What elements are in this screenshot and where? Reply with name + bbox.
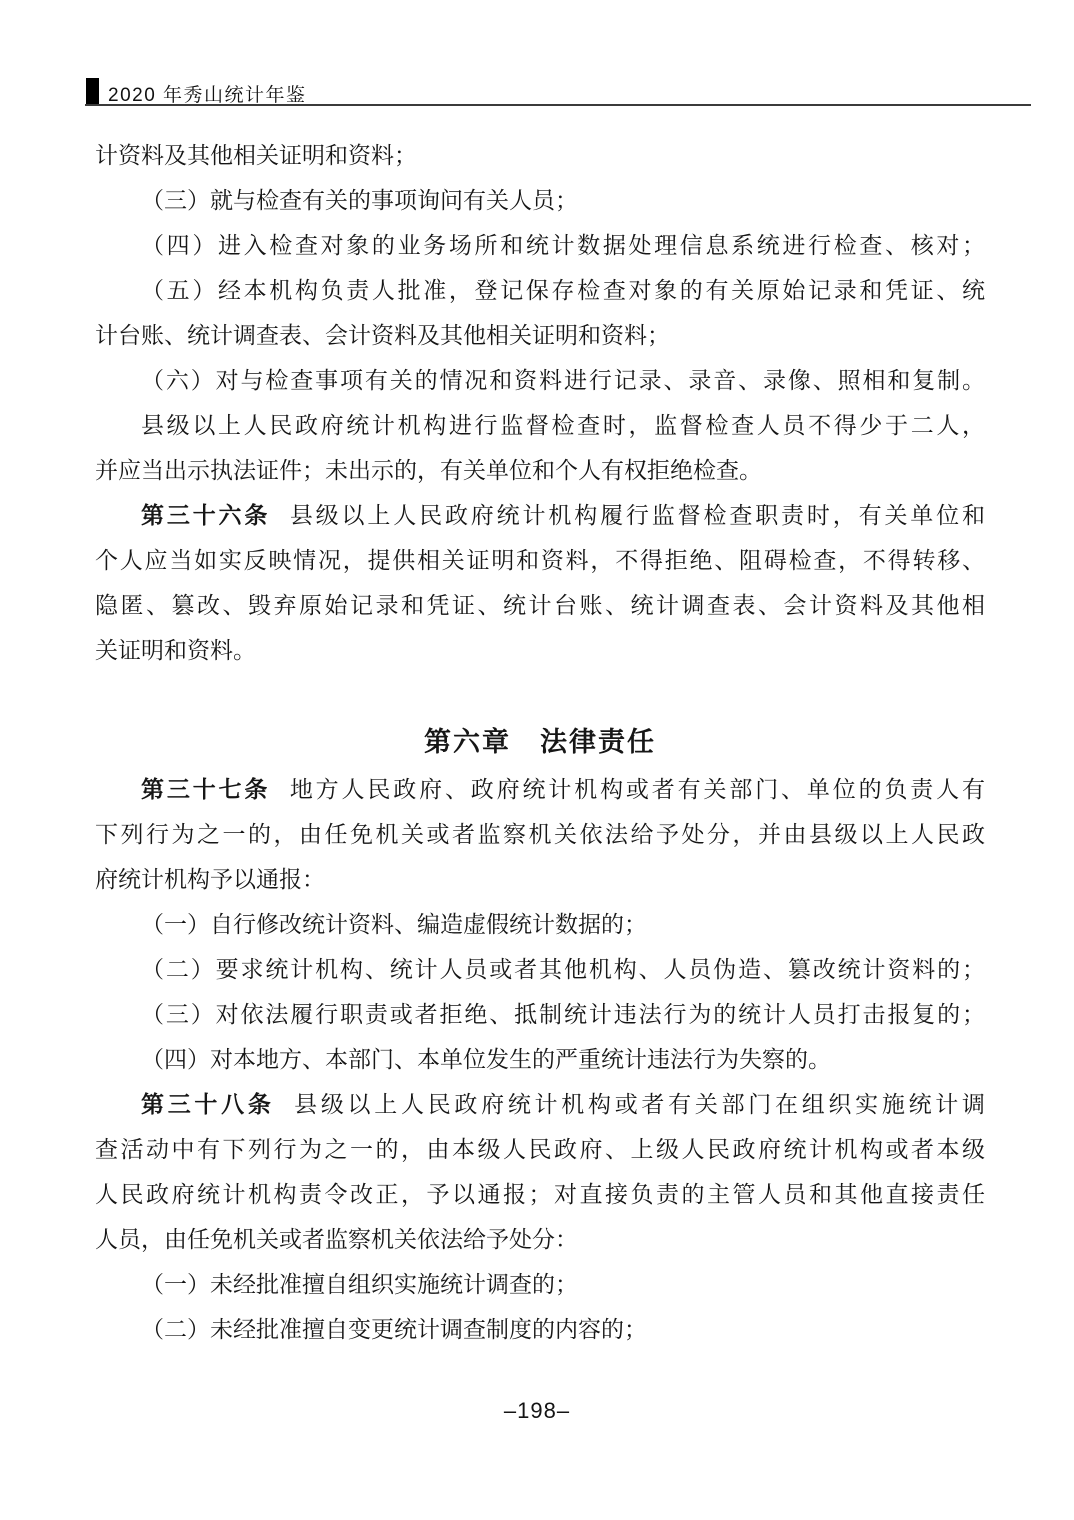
line-text: 查活动中有下列行为之一的，由本级人民政府、上级人民政府统计机构或者本级 bbox=[95, 1137, 985, 1162]
list-item: （五）经本机构负责人批准，登记保存检查对象的有关原始记录和凭证、统 bbox=[95, 268, 985, 313]
yearbook-page: 2020 年秀山统计年鉴 计资料及其他相关证明和资料； （三）就与检查有关的事项… bbox=[0, 0, 1074, 1520]
line-text: 个人应当如实反映情况，提供相关证明和资料，不得拒绝、阻碍检查，不得转移、 bbox=[95, 548, 985, 573]
line-text: （三）对依法履行职责或者拒绝、抵制统计违法行为的统计人员打击报复的； bbox=[141, 1002, 985, 1027]
chapter-heading: 第六章 法律责任 bbox=[95, 717, 985, 767]
text-line: 县级以上人民政府统计机构进行监督检查时，监督检查人员不得少于二人， bbox=[95, 403, 985, 448]
text-line: 人员，由任免机关或者监察机关依法给予处分： bbox=[95, 1217, 985, 1262]
text-line: 计资料及其他相关证明和资料； bbox=[95, 133, 985, 178]
article-number: 第三十八条 bbox=[141, 1092, 275, 1117]
line-text: （一）未经批准擅自组织实施统计调查的； bbox=[141, 1272, 578, 1297]
line-text: 县级以上人民政府统计机构履行监督检查职责时，有关单位和 bbox=[290, 503, 985, 528]
header-rule bbox=[85, 104, 1031, 106]
text-line: 查活动中有下列行为之一的，由本级人民政府、上级人民政府统计机构或者本级 bbox=[95, 1127, 985, 1172]
page-body: 计资料及其他相关证明和资料； （三）就与检查有关的事项询问有关人员； （四）进入… bbox=[95, 133, 985, 1352]
line-text: （三）就与检查有关的事项询问有关人员； bbox=[141, 188, 578, 213]
list-item: （三）对依法履行职责或者拒绝、抵制统计违法行为的统计人员打击报复的； bbox=[95, 992, 985, 1037]
list-item: （一）自行修改统计资料、编造虚假统计数据的； bbox=[95, 902, 985, 947]
line-text: 人民政府统计机构责令改正，予以通报；对直接负责的主管人员和其他直接责任 bbox=[95, 1182, 985, 1207]
line-text: （四）进入检查对象的业务场所和统计数据处理信息系统进行检查、核对； bbox=[141, 233, 985, 258]
article-line: 第三十八条县级以上人民政府统计机构或者有关部门在组织实施统计调 bbox=[95, 1082, 985, 1127]
line-text: 地方人民政府、政府统计机构或者有关部门、单位的负责人有 bbox=[290, 777, 985, 802]
line-text: 人员，由任免机关或者监察机关依法给予处分： bbox=[95, 1227, 578, 1252]
line-text: 计台账、统计调查表、会计资料及其他相关证明和资料； bbox=[95, 323, 670, 348]
list-item: （二）要求统计机构、统计人员或者其他机构、人员伪造、篡改统计资料的； bbox=[95, 947, 985, 992]
list-item: （四）进入检查对象的业务场所和统计数据处理信息系统进行检查、核对； bbox=[95, 223, 985, 268]
line-text: 县级以上人民政府统计机构或者有关部门在组织实施统计调 bbox=[294, 1092, 985, 1117]
text-line: 计台账、统计调查表、会计资料及其他相关证明和资料； bbox=[95, 313, 985, 358]
line-text: （一）自行修改统计资料、编造虚假统计数据的； bbox=[141, 912, 647, 937]
page-number: –198– bbox=[0, 1396, 1074, 1426]
text-line: 关证明和资料。 bbox=[95, 628, 985, 673]
line-text: 府统计机构予以通报： bbox=[95, 867, 325, 892]
article-line: 第三十七条地方人民政府、政府统计机构或者有关部门、单位的负责人有 bbox=[95, 767, 985, 812]
header-block-icon bbox=[86, 78, 99, 106]
line-text: 计资料及其他相关证明和资料； bbox=[95, 143, 417, 168]
list-item: （四）对本地方、本部门、本单位发生的严重统计违法行为失察的。 bbox=[95, 1037, 985, 1082]
line-text: （二）要求统计机构、统计人员或者其他机构、人员伪造、篡改统计资料的； bbox=[141, 957, 985, 982]
line-text: 县级以上人民政府统计机构进行监督检查时，监督检查人员不得少于二人， bbox=[141, 413, 985, 438]
text-line: 隐匿、篡改、毁弃原始记录和凭证、统计台账、统计调查表、会计资料及其他相 bbox=[95, 583, 985, 628]
list-item: （二）未经批准擅自变更统计调查制度的内容的； bbox=[95, 1307, 985, 1352]
line-text: 关证明和资料。 bbox=[95, 638, 256, 663]
text-line: 人民政府统计机构责令改正，予以通报；对直接负责的主管人员和其他直接责任 bbox=[95, 1172, 985, 1217]
line-text: （六）对与检查事项有关的情况和资料进行记录、录音、录像、照相和复制。 bbox=[141, 368, 985, 393]
text-line: 并应当出示执法证件；未出示的，有关单位和个人有权拒绝检查。 bbox=[95, 448, 985, 493]
line-text: （二）未经批准擅自变更统计调查制度的内容的； bbox=[141, 1317, 647, 1342]
article-line: 第三十六条县级以上人民政府统计机构履行监督检查职责时，有关单位和 bbox=[95, 493, 985, 538]
line-text: 并应当出示执法证件；未出示的，有关单位和个人有权拒绝检查。 bbox=[95, 458, 762, 483]
header-title: 2020 年秀山统计年鉴 bbox=[108, 80, 307, 107]
article-number: 第三十七条 bbox=[141, 777, 270, 802]
line-text: 下列行为之一的，由任免机关或者监察机关依法给予处分，并由县级以上人民政 bbox=[95, 822, 985, 847]
text-line: 个人应当如实反映情况，提供相关证明和资料，不得拒绝、阻碍检查，不得转移、 bbox=[95, 538, 985, 583]
line-text: 隐匿、篡改、毁弃原始记录和凭证、统计台账、统计调查表、会计资料及其他相 bbox=[95, 593, 985, 618]
text-line: 下列行为之一的，由任免机关或者监察机关依法给予处分，并由县级以上人民政 bbox=[95, 812, 985, 857]
article-number: 第三十六条 bbox=[141, 503, 270, 528]
list-item: （一）未经批准擅自组织实施统计调查的； bbox=[95, 1262, 985, 1307]
list-item: （三）就与检查有关的事项询问有关人员； bbox=[95, 178, 985, 223]
line-text: （四）对本地方、本部门、本单位发生的严重统计违法行为失察的。 bbox=[141, 1047, 831, 1072]
text-line: 府统计机构予以通报： bbox=[95, 857, 985, 902]
line-text: （五）经本机构负责人批准，登记保存检查对象的有关原始记录和凭证、统 bbox=[141, 278, 985, 303]
list-item: （六）对与检查事项有关的情况和资料进行记录、录音、录像、照相和复制。 bbox=[95, 358, 985, 403]
